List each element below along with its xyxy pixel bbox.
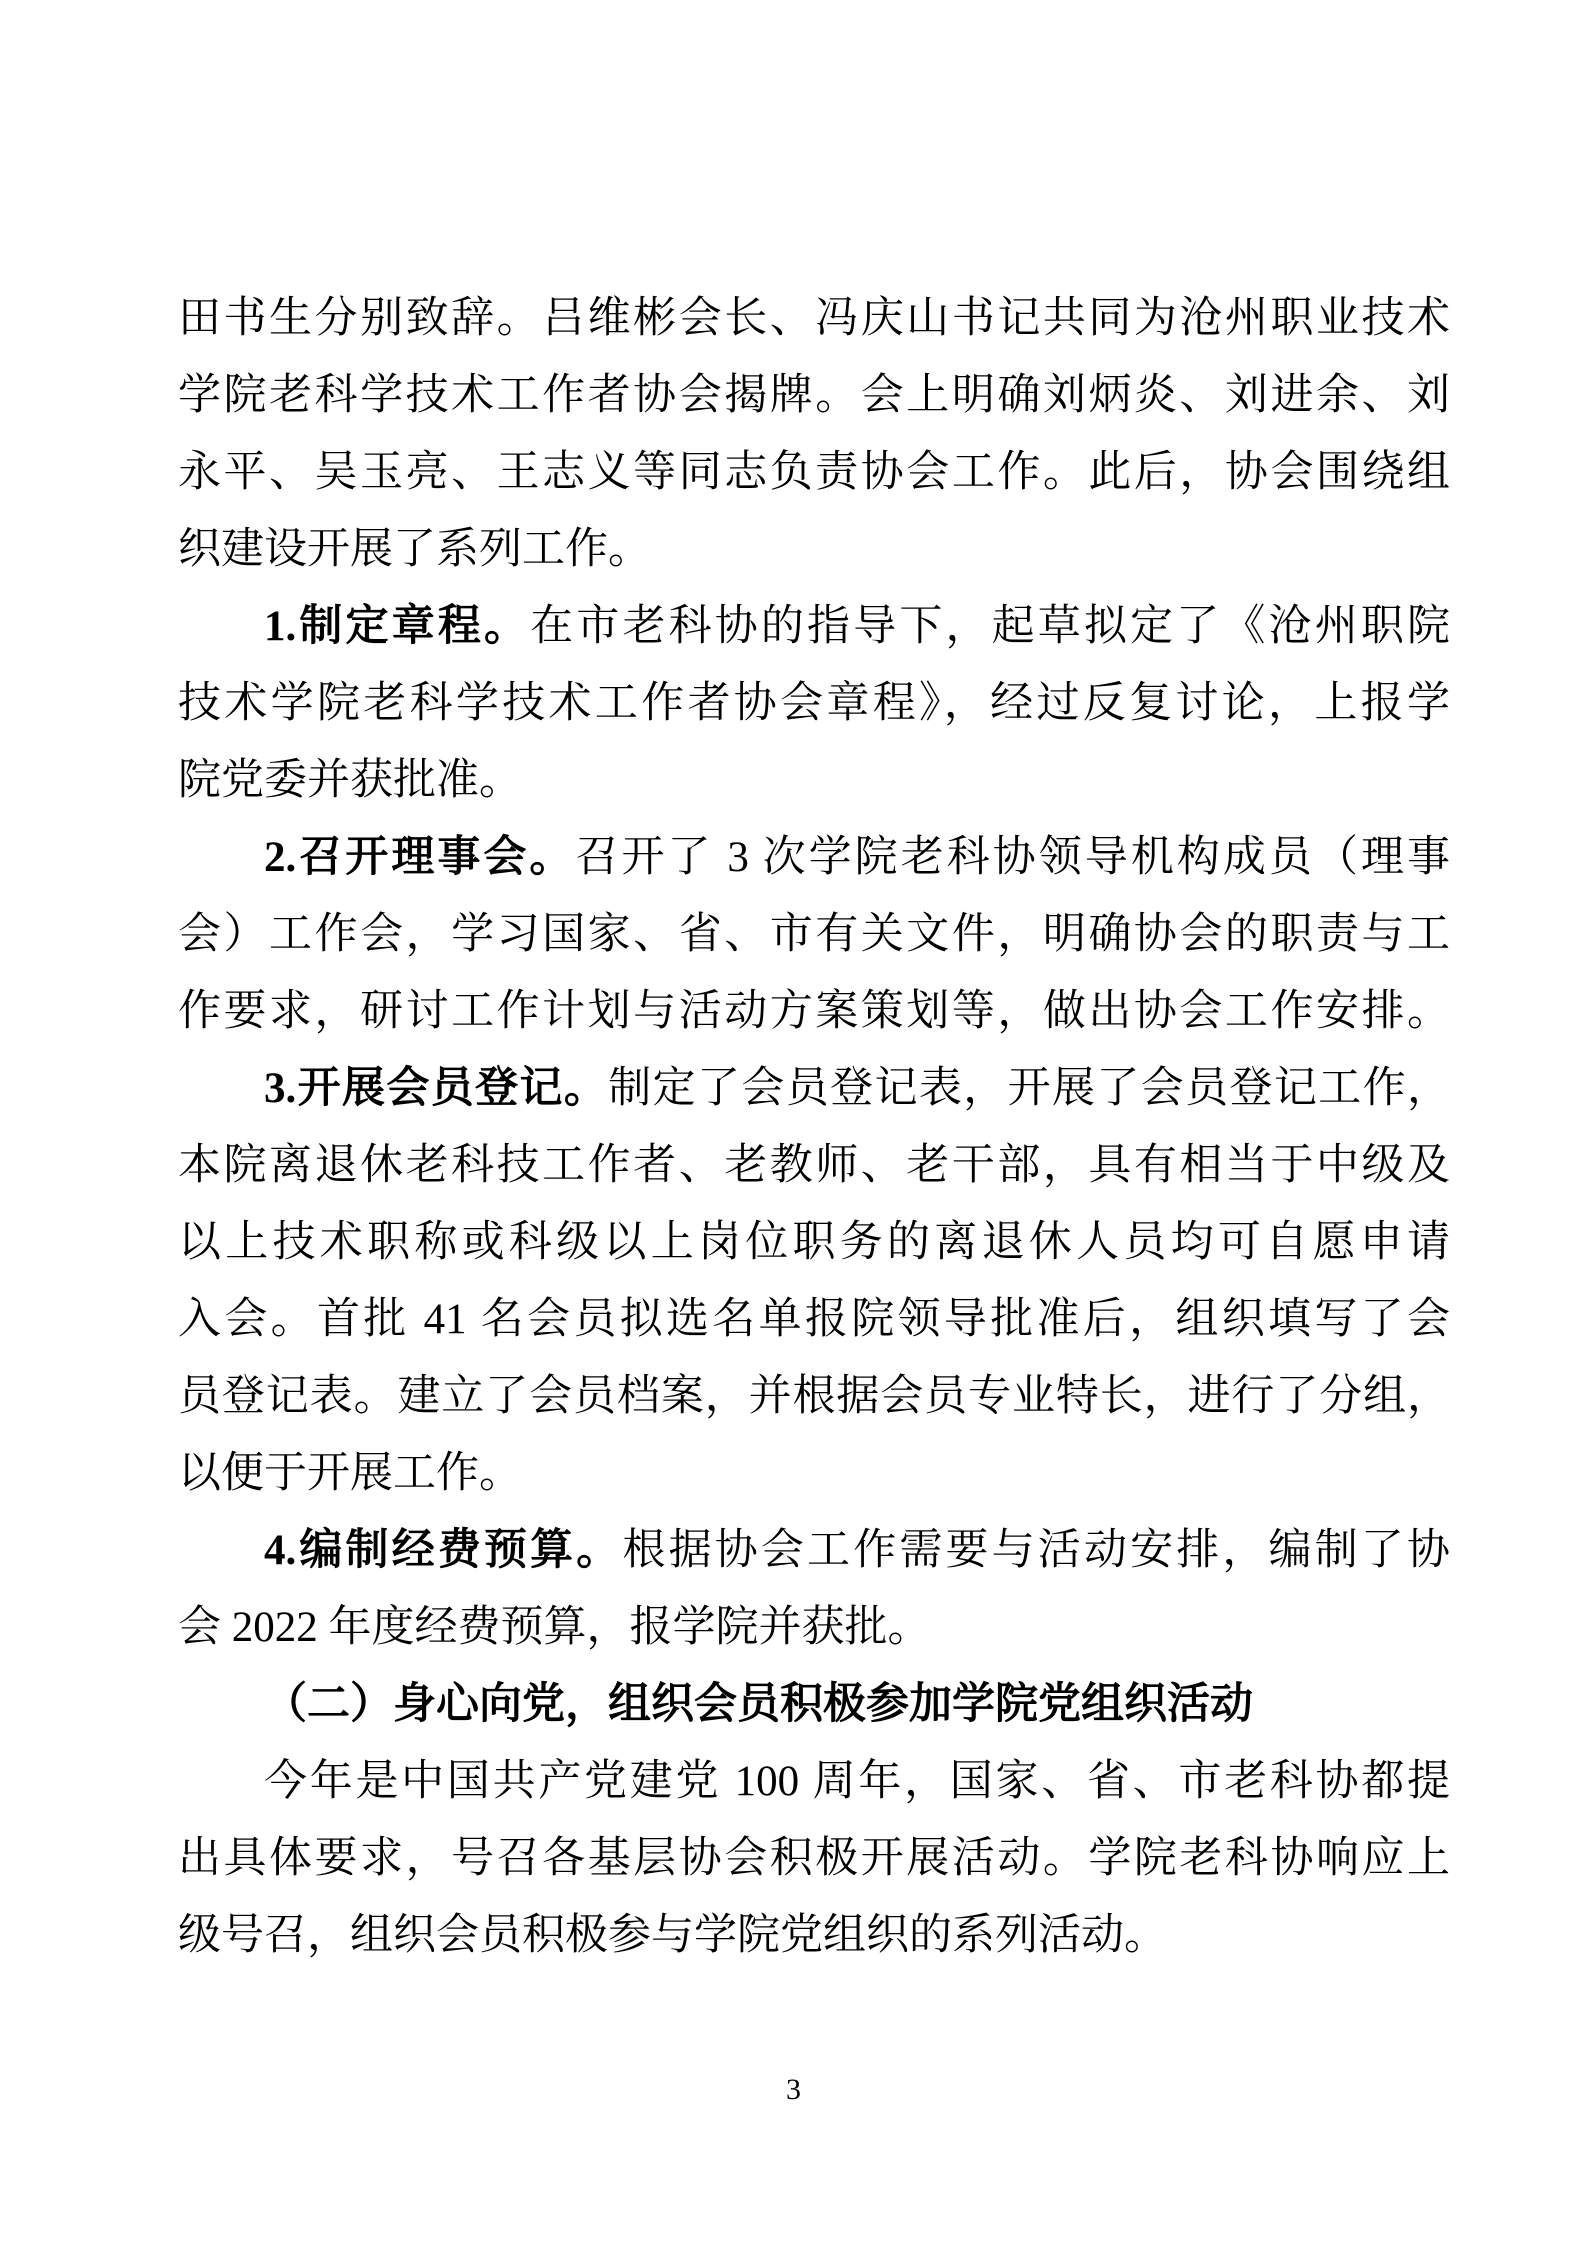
text-line: 2.召开理事会。召开了 3 次学院老科协领导机构成员（理事 <box>178 819 1450 896</box>
text-line: 会）工作会，学习国家、省、市有关文件，明确协会的职责与工 <box>178 896 1450 973</box>
text-line: 今年是中国共产党建党 100 周年，国家、省、市老科协都提 <box>178 1743 1450 1820</box>
text-line: 3.开展会员登记。制定了会员登记表，开展了会员登记工作， <box>178 1050 1450 1127</box>
text-line: 本院离退休老科技工作者、老教师、老干部，具有相当于中级及 <box>178 1127 1450 1204</box>
document-page: 田书生分别致辞。吕维彬会长、冯庆山书记共同为沧州职业技术学院老科学技术工作者协会… <box>0 0 1587 2245</box>
document-body: 田书生分别致辞。吕维彬会长、冯庆山书记共同为沧州职业技术学院老科学技术工作者协会… <box>178 280 1450 1974</box>
text-line: 学院老科学技术工作者协会揭牌。会上明确刘炳炎、刘进余、刘 <box>178 357 1450 434</box>
text-line: 技术学院老科学技术工作者协会章程》，经过反复讨论，上报学 <box>178 665 1450 742</box>
bold-run: （二）身心向党，组织会员积极参加学院党组织活动 <box>264 1681 1253 1728</box>
text-line: （二）身心向党，组织会员积极参加学院党组织活动 <box>178 1666 1450 1743</box>
text-line: 1.制定章程。在市老科协的指导下，起草拟定了《沧州职院 <box>178 588 1450 665</box>
text-line: 员登记表。建立了会员档案，并根据会员专业特长，进行了分组， <box>178 1358 1450 1435</box>
text-line: 织建设开展了系列工作。 <box>178 511 1450 588</box>
text-line: 田书生分别致辞。吕维彬会长、冯庆山书记共同为沧州职业技术 <box>178 280 1450 357</box>
text-line: 永平、吴玉亮、王志义等同志负责协会工作。此后，协会围绕组 <box>178 434 1450 511</box>
bold-run: 1.制定章程。 <box>264 603 530 650</box>
bold-run: 4.编制经费预算。 <box>264 1527 622 1574</box>
text-line: 4.编制经费预算。根据协会工作需要与活动安排，编制了协 <box>178 1512 1450 1589</box>
text-line: 院党委并获批准。 <box>178 742 1450 819</box>
text-line: 以上技术职称或科级以上岗位职务的离退休人员均可自愿申请 <box>178 1204 1450 1281</box>
text-line: 作要求，研讨工作计划与活动方案策划等，做出协会工作安排。 <box>178 973 1450 1050</box>
bold-run: 2.召开理事会。 <box>264 834 575 881</box>
text-line: 以便于开展工作。 <box>178 1435 1450 1512</box>
text-line: 出具体要求，号召各基层协会积极开展活动。学院老科协响应上 <box>178 1820 1450 1897</box>
bold-run: 3.开展会员登记。 <box>264 1065 608 1112</box>
page-number: 3 <box>0 2072 1587 2108</box>
text-line: 会 2022 年度经费预算，报学院并获批。 <box>178 1589 1450 1666</box>
text-line: 级号召，组织会员积极参与学院党组织的系列活动。 <box>178 1897 1450 1974</box>
text-line: 入会。首批 41 名会员拟选名单报院领导批准后，组织填写了会 <box>178 1281 1450 1358</box>
